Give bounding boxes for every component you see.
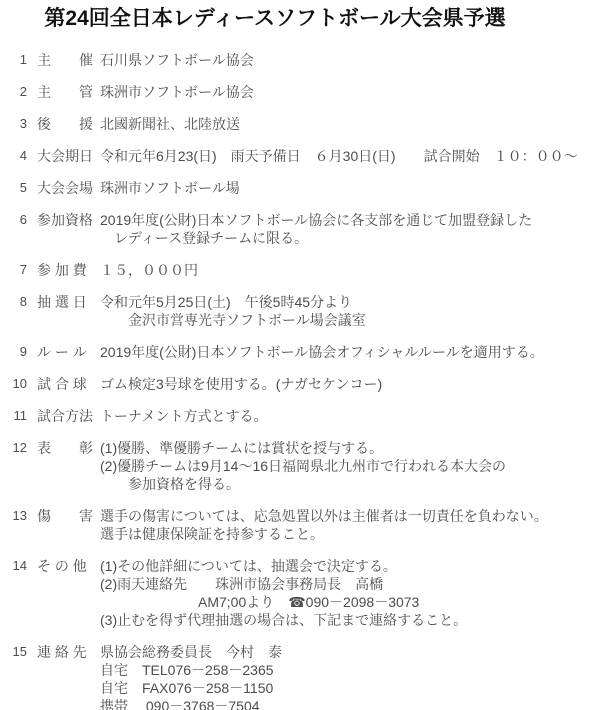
item-label: 表 彰 xyxy=(30,439,100,493)
item-line: レディース登録チームに限る。 xyxy=(100,229,600,247)
item-row: 5 大会会場 珠洲市ソフトボール場 xyxy=(0,179,600,197)
item-content: ゴム検定3号球を使用する。(ナガセケンコー) xyxy=(100,375,600,393)
item-content: １５，０００円 xyxy=(100,261,600,279)
item-content: 2019年度(公財)日本ソフトボール協会に各支部を通じて加盟登録した レディース… xyxy=(100,211,600,247)
item-label: 参加資格 xyxy=(30,211,100,247)
item-content: 珠洲市ソフトボール場 xyxy=(100,179,600,197)
item-row: 1 主 催 石川県ソフトボール協会 xyxy=(0,51,600,69)
page-title: 第24回全日本レディースソフトボール大会県予選 xyxy=(0,6,550,32)
item-label: 抽 選 日 xyxy=(30,293,100,329)
item-line: 令和元年6月23(日) 雨天予備日 ６月30日(日) 試合開始 １０：００～ xyxy=(100,147,600,165)
item-number: 14 xyxy=(0,557,30,629)
item-label: 主 催 xyxy=(30,51,100,69)
item-content: 令和元年6月23(日) 雨天予備日 ６月30日(日) 試合開始 １０：００～ xyxy=(100,147,600,165)
document-page: 第24回全日本レディースソフトボール大会県予選 1 主 催 石川県ソフトボール協… xyxy=(0,0,600,710)
item-number: 10 xyxy=(0,375,30,393)
item-line: 自宅 TEL076－258－2365 xyxy=(100,661,600,679)
item-content: 北國新聞社、北陸放送 xyxy=(100,115,600,133)
item-line: (2)雨天連絡先 珠洲市協会事務局長 高橋 xyxy=(100,575,600,593)
item-row: 6 参加資格 2019年度(公財)日本ソフトボール協会に各支部を通じて加盟登録し… xyxy=(0,211,600,247)
item-content: 県協会総務委員長 今村 泰自宅 TEL076－258－2365自宅 FAX076… xyxy=(100,643,600,710)
item-number: 1 xyxy=(0,51,30,69)
item-row: 14 そ の 他 (1)その他詳細については、抽選会で決定する。(2)雨天連絡先… xyxy=(0,557,600,629)
item-row: 3 後 援 北國新聞社、北陸放送 xyxy=(0,115,600,133)
item-number: 15 xyxy=(0,643,30,710)
item-label: 試合方法 xyxy=(30,407,100,425)
item-line: トーナメント方式とする。 xyxy=(100,407,600,425)
item-number: 11 xyxy=(0,407,30,425)
item-row: 7 参 加 費 １５，０００円 xyxy=(0,261,600,279)
item-row: 9 ル ー ル 2019年度(公財)日本ソフトボール協会オフィシャルルールを適用… xyxy=(0,343,600,361)
item-number: 12 xyxy=(0,439,30,493)
item-label: 大会会場 xyxy=(30,179,100,197)
item-line: 北國新聞社、北陸放送 xyxy=(100,115,600,133)
item-line: 携帯 090－3768－7504 xyxy=(100,697,600,710)
item-line: 選手は健康保険証を持参すること。 xyxy=(100,525,600,543)
item-line: 参加資格を得る。 xyxy=(100,475,600,493)
item-label: ル ー ル xyxy=(30,343,100,361)
item-content: (1)優勝、準優勝チームには賞状を授与する。(2)優勝チームは9月14～16日福… xyxy=(100,439,600,493)
item-line: (1)優勝、準優勝チームには賞状を授与する。 xyxy=(100,439,600,457)
item-line: 令和元年5月25日(土) 午後5時45分より xyxy=(100,293,600,311)
item-line: 県協会総務委員長 今村 泰 xyxy=(100,643,600,661)
item-row: 2 主 管 珠洲市ソフトボール協会 xyxy=(0,83,600,101)
item-number: 6 xyxy=(0,211,30,247)
item-line: 自宅 FAX076－258－1150 xyxy=(100,679,600,697)
item-line: 珠洲市ソフトボール場 xyxy=(100,179,600,197)
item-line: 珠洲市ソフトボール協会 xyxy=(100,83,600,101)
item-content: 石川県ソフトボール協会 xyxy=(100,51,600,69)
item-line: 選手の傷害については、応急処置以外は主催者は一切責任を負わない。 xyxy=(100,507,600,525)
item-line: 2019年度(公財)日本ソフトボール協会に各支部を通じて加盟登録した xyxy=(100,211,600,229)
item-line: (2)優勝チームは9月14～16日福岡県北九州市で行われる本大会の xyxy=(100,457,600,475)
item-line: (3)止むを得ず代理抽選の場合は、下記まで連絡すること。 xyxy=(100,611,600,629)
item-label: 傷 害 xyxy=(30,507,100,543)
item-label: 参 加 費 xyxy=(30,261,100,279)
item-content: 令和元年5月25日(土) 午後5時45分より 金沢市営専光寺ソフトボール場会議室 xyxy=(100,293,600,329)
item-line: １５，０００円 xyxy=(100,261,600,279)
item-row: 4 大会期日 令和元年6月23(日) 雨天予備日 ６月30日(日) 試合開始 １… xyxy=(0,147,600,165)
item-line: (1)その他詳細については、抽選会で決定する。 xyxy=(100,557,600,575)
item-label: 連 絡 先 xyxy=(30,643,100,710)
item-label: そ の 他 xyxy=(30,557,100,629)
item-content: 珠洲市ソフトボール協会 xyxy=(100,83,600,101)
item-row: 13 傷 害 選手の傷害については、応急処置以外は主催者は一切責任を負わない。選… xyxy=(0,507,600,543)
item-label: 主 管 xyxy=(30,83,100,101)
item-number: 9 xyxy=(0,343,30,361)
item-line: 2019年度(公財)日本ソフトボール協会オフィシャルルールを適用する。 xyxy=(100,343,600,361)
item-number: 5 xyxy=(0,179,30,197)
item-line: 金沢市営専光寺ソフトボール場会議室 xyxy=(100,311,600,329)
item-line: 石川県ソフトボール協会 xyxy=(100,51,600,69)
item-line: AM7;00より ☎090－2098－3073 xyxy=(100,593,600,611)
items-list: 1 主 催 石川県ソフトボール協会 2 主 管 珠洲市ソフトボール協会 3 後 … xyxy=(0,51,600,710)
item-number: 4 xyxy=(0,147,30,165)
item-number: 8 xyxy=(0,293,30,329)
item-label: 後 援 xyxy=(30,115,100,133)
item-row: 8 抽 選 日 令和元年5月25日(土) 午後5時45分より 金沢市営専光寺ソフ… xyxy=(0,293,600,329)
item-row: 11 試合方法 トーナメント方式とする。 xyxy=(0,407,600,425)
item-content: 選手の傷害については、応急処置以外は主催者は一切責任を負わない。選手は健康保険証… xyxy=(100,507,600,543)
item-line: ゴム検定3号球を使用する。(ナガセケンコー) xyxy=(100,375,600,393)
item-content: 2019年度(公財)日本ソフトボール協会オフィシャルルールを適用する。 xyxy=(100,343,600,361)
item-label: 試 合 球 xyxy=(30,375,100,393)
item-number: 2 xyxy=(0,83,30,101)
item-content: (1)その他詳細については、抽選会で決定する。(2)雨天連絡先 珠洲市協会事務局… xyxy=(100,557,600,629)
item-number: 7 xyxy=(0,261,30,279)
item-number: 13 xyxy=(0,507,30,543)
item-row: 10 試 合 球 ゴム検定3号球を使用する。(ナガセケンコー) xyxy=(0,375,600,393)
item-content: トーナメント方式とする。 xyxy=(100,407,600,425)
item-row: 12 表 彰 (1)優勝、準優勝チームには賞状を授与する。(2)優勝チームは9月… xyxy=(0,439,600,493)
item-label: 大会期日 xyxy=(30,147,100,165)
item-number: 3 xyxy=(0,115,30,133)
item-row: 15 連 絡 先 県協会総務委員長 今村 泰自宅 TEL076－258－2365… xyxy=(0,643,600,710)
